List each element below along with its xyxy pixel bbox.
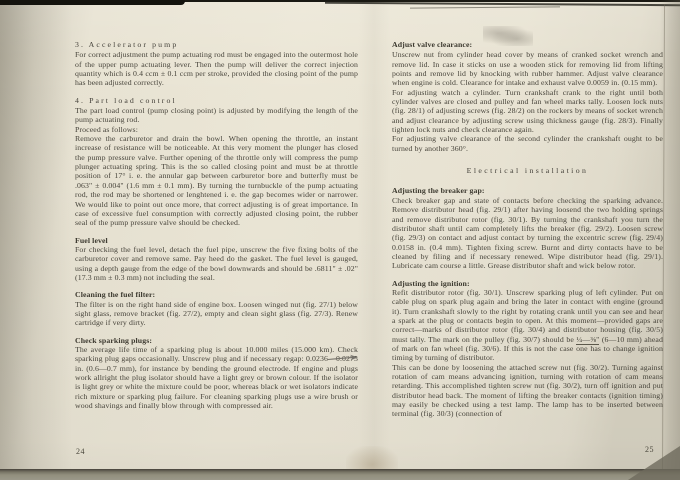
paragraph-part-load-1: The part load control (pump closing poin… (75, 106, 358, 125)
scanner-top-edge-thick (0, 0, 185, 5)
heading-part-load-control: 4. Part load control (75, 96, 358, 105)
paragraph-valve-3: For adjusting valve clearance of the sec… (392, 134, 663, 153)
paragraph-ignition-2: This can be done by loosening the attach… (392, 363, 663, 419)
left-page-curve-shadow (0, 0, 72, 480)
paragraph-fuel-filter: The filter is on the right hand side of … (75, 300, 358, 328)
left-page: 3. Accelerator pump For correct adjustme… (75, 40, 358, 410)
heading-sparking-plugs: Check sparking plugs: (75, 336, 358, 345)
heading-fuel-level: Fuel level (75, 236, 358, 245)
paragraph-fuel-level: For checking the fuel level, detach the … (75, 245, 358, 282)
paragraph-breaker-gap: Check breaker gap and state of contacts … (392, 196, 663, 271)
paragraph-accelerator-pump: For correct adjustment the pump actuatin… (75, 50, 358, 87)
paragraph-valve-2: For adjusting watch a cylinder. Turn cra… (392, 88, 663, 135)
page-gutter-shadow (358, 0, 390, 480)
paragraph-sparking-plugs: The average life time of a sparking plug… (75, 345, 358, 410)
scanner-bottom-edge (0, 469, 680, 480)
scanner-top-edge-wave (410, 6, 560, 8)
page-number-right: 25 (645, 445, 654, 454)
book-scan: 3. Accelerator pump For correct adjustme… (0, 0, 680, 480)
heading-accelerator-pump: 3. Accelerator pump (75, 40, 358, 49)
paragraph-part-load-3: Remove the carburetor and drain the bowl… (75, 134, 358, 227)
heading-valve-clearance: Adjust valve clearance: (392, 40, 663, 49)
heading-fuel-filter: Cleaning the fuel filter: (75, 290, 358, 299)
right-page: Adjust valve clearance: Unscrew nut from… (392, 40, 663, 419)
page-number-left: 24 (76, 447, 85, 456)
heading-electrical-installation: Electrical installation (392, 166, 663, 175)
handwritten-arrow-icon (327, 352, 365, 364)
paragraph-part-load-2: Proceed as follows: (75, 125, 358, 134)
heading-adjusting-ignition: Adjusting the ignition: (392, 279, 663, 288)
paragraph-ignition-1: Refit distributor rotor (fig. 30/1). Uns… (392, 288, 663, 363)
paragraph-valve-1: Unscrew nut from cylinder head cover by … (392, 50, 663, 87)
heading-breaker-gap: Adjusting the breaker gap: (392, 186, 663, 195)
